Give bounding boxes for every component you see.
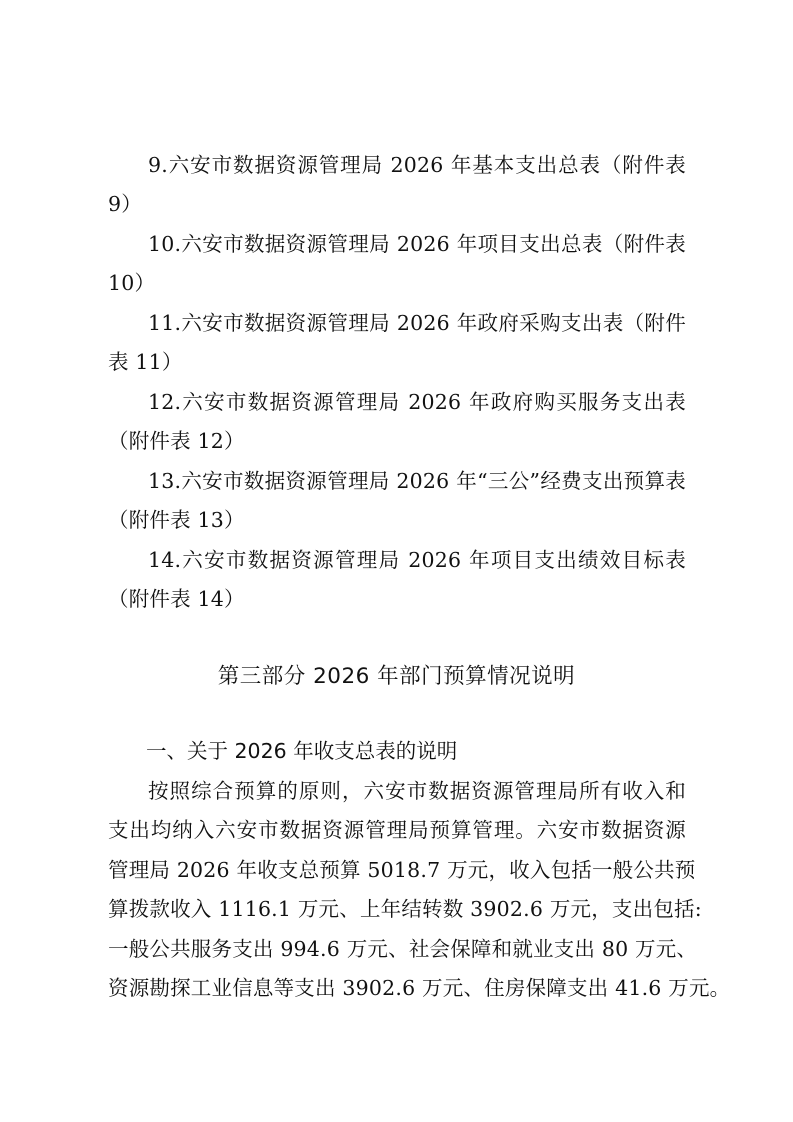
attachment-item-12-line2: （附件表 12） [108,428,245,454]
document-page: 9.六安市数据资源管理局 2026 年基本支出总表（附件表 9） 10.六安市数… [0,0,793,1122]
attachment-item-11-line2: 表 11） [108,349,183,375]
paragraph-line-1: 按照综合预算的原则，六安市数据资源管理局所有收入和 [148,778,686,804]
attachment-item-10-line1: 10.六安市数据资源管理局 2026 年项目支出总表（附件表 [148,231,686,257]
attachment-item-14-line1: 14.六安市数据资源管理局 2026 年项目支出绩效目标表 [148,547,686,573]
attachment-item-13-line1: 13.六安市数据资源管理局 2026 年“三公”经费支出预算表 [148,468,686,494]
attachment-item-10-line2: 10） [108,270,155,296]
section-heading: 一、关于 2026 年收支总表的说明 [146,738,457,764]
attachment-item-13-line2: （附件表 13） [108,507,245,533]
attachment-item-11-line1: 11.六安市数据资源管理局 2026 年政府采购支出表（附件 [148,310,686,336]
attachment-item-9-line1: 9.六安市数据资源管理局 2026 年基本支出总表（附件表 [148,152,686,178]
part-title: 第三部分 2026 年部门预算情况说明 [0,663,793,691]
paragraph-line-4: 算拨款收入 1116.1 万元、上年结转数 3902.6 万元，支出包括: [108,896,686,922]
attachment-item-14-line2: （附件表 14） [108,586,245,612]
paragraph-line-5: 一般公共服务支出 994.6 万元、社会保障和就业支出 80 万元、 [108,936,686,962]
paragraph-line-6: 资源勘探工业信息等支出 3902.6 万元、住房保障支出 41.6 万元。 [108,975,686,1001]
attachment-item-12-line1: 12.六安市数据资源管理局 2026 年政府购买服务支出表 [148,389,686,415]
attachment-item-9-line2: 9） [108,191,142,217]
paragraph-line-3: 管理局 2026 年收支总预算 5018.7 万元，收入包括一般公共预 [108,857,686,883]
paragraph-line-2: 支出均纳入六安市数据资源管理局预算管理。六安市数据资源 [108,817,686,843]
